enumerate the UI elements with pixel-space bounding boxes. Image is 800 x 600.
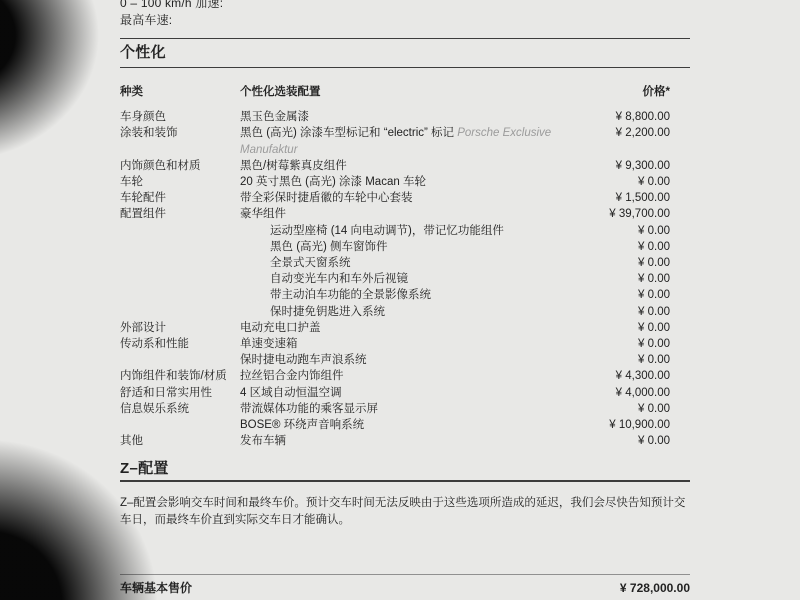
option-price: ¥ 0.00 xyxy=(570,287,690,303)
option-config: 发布车辆 xyxy=(240,433,570,449)
option-price: ¥ 0.00 xyxy=(570,336,690,352)
option-price: ¥ 0.00 xyxy=(570,239,690,255)
option-price: ¥ 2,200.00 xyxy=(570,125,690,141)
table-row: 传动系和性能单速变速箱¥ 0.00 xyxy=(120,336,690,352)
section-title-z-config: Z–配置 xyxy=(120,458,690,480)
table-row: 保时捷免钥匙进入系统¥ 0.00 xyxy=(120,304,690,320)
table-row: BOSE® 环绕声音响系统¥ 10,900.00 xyxy=(120,417,690,433)
table-row: 外部设计电动充电口护盖¥ 0.00 xyxy=(120,320,690,336)
option-category: 传动系和性能 xyxy=(120,336,240,352)
table-row: 舒适和日常实用性4 区域自动恒温空调¥ 4,000.00 xyxy=(120,385,690,401)
option-category: 外部设计 xyxy=(120,320,240,336)
base-price-value: ¥ 728,000.00 xyxy=(570,580,690,596)
base-price-label: 车辆基本售价 xyxy=(120,580,570,596)
document-content: 0 – 100 km/h 加速: 最高车速: 个性化 种类 个性化选装配置 价格… xyxy=(0,0,800,596)
table-row: 内饰组件和装饰/材质拉丝铝合金内饰组件¥ 4,300.00 xyxy=(120,368,690,384)
divider xyxy=(120,574,690,575)
table-row: 内饰颜色和材质黑色/树莓紫真皮组件¥ 9,300.00 xyxy=(120,158,690,174)
option-category: 车身颜色 xyxy=(120,109,240,125)
spec-acceleration: 0 – 100 km/h 加速: xyxy=(120,0,690,12)
option-config-text: 黑色 (高光) 涂漆车型标记和 “electric” 标记 xyxy=(240,127,454,139)
section-title-personalization: 个性化 xyxy=(120,42,690,64)
option-price: ¥ 0.00 xyxy=(570,433,690,449)
option-price: ¥ 0.00 xyxy=(570,174,690,190)
table-row: 带主动泊车功能的全景影像系统¥ 0.00 xyxy=(120,287,690,303)
option-config: 4 区域自动恒温空调 xyxy=(240,385,570,401)
table-row: 全景式天窗系统¥ 0.00 xyxy=(120,255,690,271)
column-header-price: 价格* xyxy=(570,84,690,100)
option-price: ¥ 4,300.00 xyxy=(570,368,690,384)
table-row: 车轮20 英寸黑色 (高光) 涂漆 Macan 车轮¥ 0.00 xyxy=(120,174,690,190)
option-config: 黑玉色金属漆 xyxy=(240,109,570,125)
option-config: BOSE® 环绕声音响系统 xyxy=(240,417,570,433)
option-price: ¥ 0.00 xyxy=(570,304,690,320)
option-category: 其他 xyxy=(120,433,240,449)
option-price: ¥ 0.00 xyxy=(570,271,690,287)
option-price: ¥ 1,500.00 xyxy=(570,190,690,206)
spec-top-speed: 最高车速: xyxy=(120,12,690,29)
option-config: 运动型座椅 (14 向电动调节)，带记忆功能组件 xyxy=(240,223,570,239)
option-category: 舒适和日常实用性 xyxy=(120,385,240,401)
option-config: 黑色/树莓紫真皮组件 xyxy=(240,158,570,174)
option-price: ¥ 0.00 xyxy=(570,401,690,417)
option-config: 带全彩保时捷盾徽的车轮中心套装 xyxy=(240,190,570,206)
option-config: 保时捷电动跑车声浪系统 xyxy=(240,352,570,368)
option-category: 车轮配件 xyxy=(120,190,240,206)
table-row: 涂装和装饰黑色 (高光) 涂漆车型标记和 “electric” 标记 Porsc… xyxy=(120,125,690,157)
option-category: 内饰颜色和材质 xyxy=(120,158,240,174)
option-price: ¥ 9,300.00 xyxy=(570,158,690,174)
table-row: 其他发布车辆¥ 0.00 xyxy=(120,433,690,449)
table-row: 自动变光车内和车外后视镜¥ 0.00 xyxy=(120,271,690,287)
option-config: 拉丝铝合金内饰组件 xyxy=(240,368,570,384)
option-config: 保时捷免钥匙进入系统 xyxy=(240,304,570,320)
divider xyxy=(120,38,690,39)
table-row: 保时捷电动跑车声浪系统¥ 0.00 xyxy=(120,352,690,368)
option-config: 20 英寸黑色 (高光) 涂漆 Macan 车轮 xyxy=(240,174,570,190)
table-row: 车轮配件带全彩保时捷盾徽的车轮中心套装¥ 1,500.00 xyxy=(120,190,690,206)
option-config: 电动充电口护盖 xyxy=(240,320,570,336)
option-config: 全景式天窗系统 xyxy=(240,255,570,271)
option-category: 内饰组件和装饰/材质 xyxy=(120,368,240,384)
option-config: 黑色 (高光) 涂漆车型标记和 “electric” 标记 Porsche Ex… xyxy=(240,125,570,157)
option-config: 豪华组件 xyxy=(240,206,570,222)
table-header-row: 种类 个性化选装配置 价格* xyxy=(120,84,690,100)
option-price: ¥ 39,700.00 xyxy=(570,206,690,222)
z-config-disclaimer: Z–配置会影响交车时间和最终车价。预计交车时间无法反映由于这些选项所造成的延迟，… xyxy=(120,495,690,529)
base-price-row: 车辆基本售价 ¥ 728,000.00 xyxy=(120,580,690,596)
column-header-category: 种类 xyxy=(120,84,240,100)
option-config: 带主动泊车功能的全景影像系统 xyxy=(240,287,570,303)
option-category: 信息娱乐系统 xyxy=(120,401,240,417)
option-category: 涂装和装饰 xyxy=(120,125,240,141)
table-row: 运动型座椅 (14 向电动调节)，带记忆功能组件¥ 0.00 xyxy=(120,223,690,239)
option-price: ¥ 8,800.00 xyxy=(570,109,690,125)
option-price: ¥ 0.00 xyxy=(570,223,690,239)
divider xyxy=(120,480,690,482)
divider xyxy=(120,67,690,68)
table-row: 车身颜色黑玉色金属漆¥ 8,800.00 xyxy=(120,109,690,125)
table-row: 信息娱乐系统带流媒体功能的乘客显示屏¥ 0.00 xyxy=(120,401,690,417)
option-config: 自动变光车内和车外后视镜 xyxy=(240,271,570,287)
option-config: 带流媒体功能的乘客显示屏 xyxy=(240,401,570,417)
column-header-config: 个性化选装配置 xyxy=(240,84,570,100)
option-price: ¥ 0.00 xyxy=(570,320,690,336)
option-category: 配置组件 xyxy=(120,206,240,222)
configuration-document-page: 0 – 100 km/h 加速: 最高车速: 个性化 种类 个性化选装配置 价格… xyxy=(0,0,800,600)
option-price: ¥ 4,000.00 xyxy=(570,385,690,401)
option-config: 单速变速箱 xyxy=(240,336,570,352)
table-row: 黑色 (高光) 侧车窗饰件¥ 0.00 xyxy=(120,239,690,255)
option-category: 车轮 xyxy=(120,174,240,190)
option-price: ¥ 0.00 xyxy=(570,255,690,271)
option-price: ¥ 0.00 xyxy=(570,352,690,368)
table-row: 配置组件豪华组件¥ 39,700.00 xyxy=(120,206,690,222)
option-price: ¥ 10,900.00 xyxy=(570,417,690,433)
option-config: 黑色 (高光) 侧车窗饰件 xyxy=(240,239,570,255)
options-table: 车身颜色黑玉色金属漆¥ 8,800.00 涂装和装饰黑色 (高光) 涂漆车型标记… xyxy=(120,109,690,449)
